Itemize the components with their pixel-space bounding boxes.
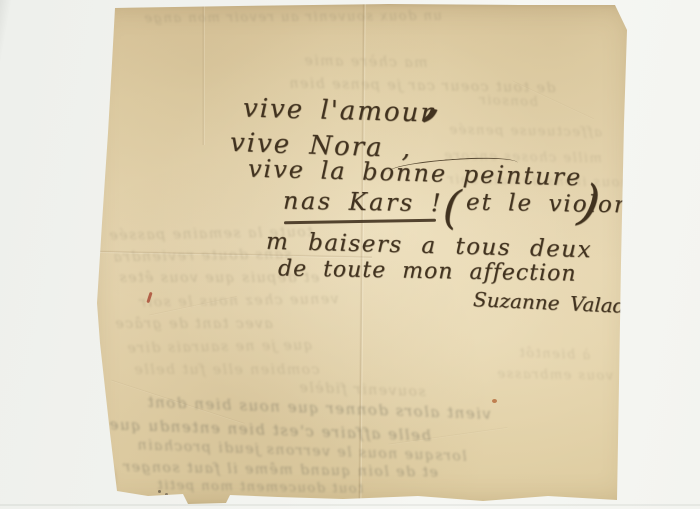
bleedthrough-line: souvenir fidèle [298, 381, 426, 399]
dark-speck [165, 493, 168, 496]
bleedthrough-line: je vous embrasse [496, 368, 634, 383]
scan-background: un doux souvenir au revoir mon angema ch… [0, 0, 700, 509]
bleedthrough-line: un doux souvenir au revoir mon ange [143, 10, 442, 26]
bleedthrough-line: venue chez nous le soir [138, 292, 339, 309]
dark-speck [158, 490, 161, 493]
open-paren-glyph: ( [442, 184, 462, 231]
bleedthrough-line: sans doute reviendra [112, 247, 292, 264]
bleedthrough-line: ma chère amie [303, 54, 428, 70]
bleedthrough-line: affectueuse pensée [448, 124, 602, 140]
rust-spot [492, 399, 497, 403]
letter-paper: un doux souvenir au revoir mon angema ch… [88, 3, 634, 506]
bleedthrough-line: que je ne saurais dire [126, 338, 313, 355]
letter-line-et-le-violon: et le violon [466, 192, 631, 218]
bleedthrough-line: bonsoir [478, 94, 538, 109]
bleedthrough-line: à bientôt [518, 347, 591, 363]
bleedthrough-line: tout doucement mon petit [156, 479, 364, 496]
bleedthrough-line: combien elle fut belle [133, 363, 319, 377]
letter-line-vive-lamour: vive l'amour [243, 95, 435, 126]
letter-line-nas-kars: nas Kars ! [283, 189, 443, 216]
corner-smudge [100, 465, 114, 493]
bleedthrough-line: avec tant de grâce [114, 317, 273, 331]
letter-line-affection: de toute mon affection [278, 258, 577, 285]
